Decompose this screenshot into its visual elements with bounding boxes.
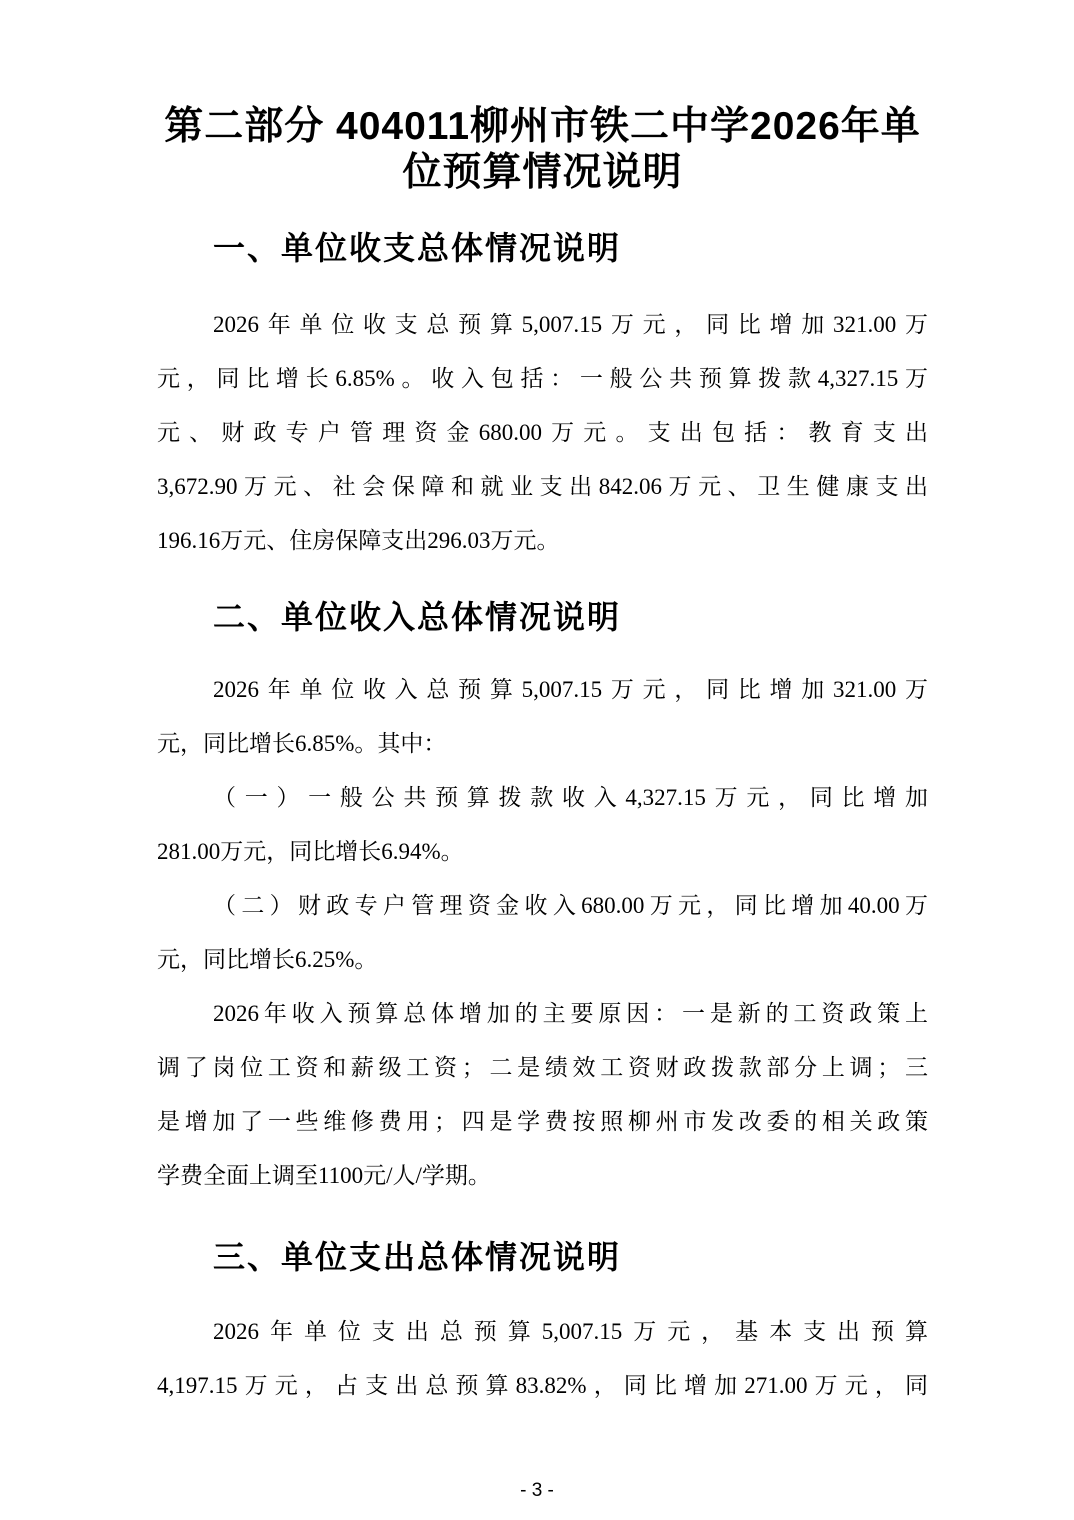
document-title-line: 位预算情况说明 xyxy=(157,150,928,196)
document-content: 第二部分 404011柳州市铁二中学2026年单 位预算情况说明 一、单位收支总… xyxy=(157,0,928,1413)
body-line: 元，同比增长6.25%。 xyxy=(157,933,928,987)
paragraph: （二）财政专户管理资金收入680.00万元，同比增加40.00万 元，同比增长6… xyxy=(157,879,928,987)
body-line: 3,672.90万元、社会保障和就业支出842.06万元、卫生健康支出 xyxy=(157,460,928,514)
body-line: 2026年单位收支总预算5,007.15万元，同比增加321.00万 xyxy=(157,298,928,352)
body-line: 元，同比增长6.85%。收入包括：一般公共预算拨款4,327.15万 xyxy=(157,352,928,406)
document-title-line: 第二部分 404011柳州市铁二中学2026年单 xyxy=(157,104,928,150)
section-heading-1: 一、单位收支总体情况说明 xyxy=(157,228,928,268)
body-line: 4,197.15万元，占支出总预算83.82%，同比增加271.00万元，同 xyxy=(157,1359,928,1413)
document-page: 第二部分 404011柳州市铁二中学2026年单 位预算情况说明 一、单位收支总… xyxy=(0,0,1074,1520)
section-heading-2: 二、单位收入总体情况说明 xyxy=(157,597,928,637)
body-line: 元，同比增长6.85%。其中： xyxy=(157,717,928,771)
body-line: 是增加了一些维修费用；四是学费按照柳州市发改委的相关政策 xyxy=(157,1095,928,1149)
paragraph: 2026年单位支出总预算5,007.15万元，基本支出预算 4,197.15万元… xyxy=(157,1305,928,1413)
body-line: 调了岗位工资和薪级工资；二是绩效工资财政拨款部分上调；三 xyxy=(157,1041,928,1095)
page-number: - 3 - xyxy=(0,1478,1074,1504)
document-title: 第二部分 404011柳州市铁二中学2026年单 位预算情况说明 xyxy=(157,104,928,196)
body-line: 2026年单位收入总预算5,007.15万元，同比增加321.00万 xyxy=(157,663,928,717)
body-line: 元、财政专户管理资金680.00万元。支出包括：教育支出 xyxy=(157,406,928,460)
paragraph: 2026年收入预算总体增加的主要原因：一是新的工资政策上 调了岗位工资和薪级工资… xyxy=(157,987,928,1203)
body-line: 2026年收入预算总体增加的主要原因：一是新的工资政策上 xyxy=(157,987,928,1041)
paragraph: 2026年单位收支总预算5,007.15万元，同比增加321.00万 元，同比增… xyxy=(157,298,928,568)
paragraph: 2026年单位收入总预算5,007.15万元，同比增加321.00万 元，同比增… xyxy=(157,663,928,771)
body-line: 281.00万元，同比增长6.94%。 xyxy=(157,825,928,879)
section-heading-3: 三、单位支出总体情况说明 xyxy=(157,1237,928,1277)
body-line: （一）一般公共预算拨款收入4,327.15万元，同比增加 xyxy=(157,771,928,825)
body-line: （二）财政专户管理资金收入680.00万元，同比增加40.00万 xyxy=(157,879,928,933)
paragraph: （一）一般公共预算拨款收入4,327.15万元，同比增加 281.00万元，同比… xyxy=(157,771,928,879)
body-line: 196.16万元、住房保障支出296.03万元。 xyxy=(157,514,928,568)
body-line: 学费全面上调至1100元/人/学期。 xyxy=(157,1149,928,1203)
body-line: 2026年单位支出总预算5,007.15万元，基本支出预算 xyxy=(157,1305,928,1359)
